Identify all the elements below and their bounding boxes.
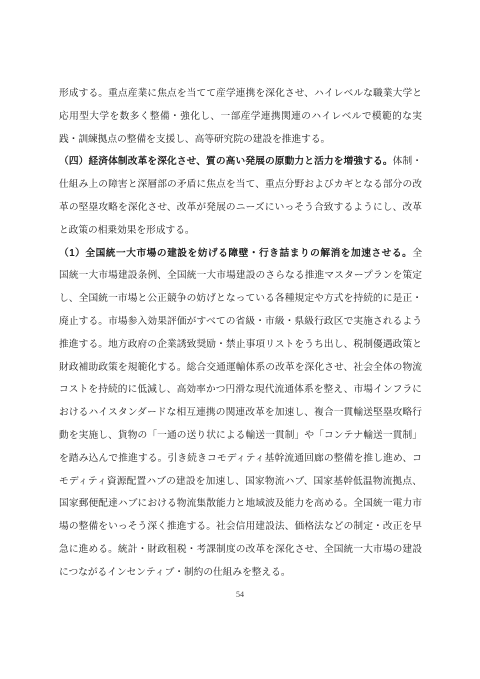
text-line: し、全国統一市場と公正競争の妨げとなっている各種規定や方式を持続的に是正・ [59,288,422,311]
body-text-segment: 推進する。地方政府の企業誘致奨励・禁止事項リストをうち出し、税制優遇政策と [59,339,422,350]
body-text-segment: し、全国統一市場と公正競争の妨げとなっている各種規定や方式を持続的に是正・ [59,293,422,304]
body-text-segment: 財政補助政策を規範化する。総合交通運輸体系の改革を深化させ、社会全体の物流 [59,362,422,373]
body-text-segment: 応用型大学を数多く整備・強化し、一部産学連携関連のハイレベルで模範的な実 [59,111,422,122]
body-text-segment: につながるインセンティブ・制約の仕組みを整える。 [59,567,291,578]
body-text-segment: コストを持続的に低減し、高効率かつ円滑な現代流通体系を整え、市場インフラに [59,384,422,395]
text-line: 国統一大市場建設条例、全国統一大市場建設のさらなる推進マスタープランを策定 [59,265,422,288]
body-text-segment: 国家郵便配達ハブにおける物流集散能力と地域波及能力を高める。全国統一電力市 [59,498,422,509]
text-line: 動を実施し、貨物の「一通の送り状による輸送一貫制」や「コンテナ輸送一貫制」 [59,425,422,448]
body-text-segment: 廃止する。市場参入効果評価がすべての省級・市級・県級行政区で実施されるよう [59,316,422,327]
text-line: （四）経済体制改革を深化させ、質の高い発展の原動力と活力を増強する。体制・ [59,151,422,174]
body-text-segment: 形成する。重点産業に焦点を当てて産学連携を深化させ、ハイレベルな職業大学と [59,88,422,99]
body-text-segment: を踏み込んで推進する。引き続きコモディティ基幹流通回廊の整備を推し進め、コ [59,453,422,464]
body-text-segment: 革の堅塁攻略を深化させ、改革が発展のニーズにいっそう合致するようにし、改革 [59,202,422,213]
text-line: おけるハイスタンダードな相互連携の関連改革を加速し、複合一貫輸送堅塁攻略行 [59,402,422,425]
body-text-segment: 国統一大市場建設条例、全国統一大市場建設のさらなる推進マスタープランを策定 [59,270,422,281]
body-text-segment: 全 [412,248,422,259]
text-line: 急に進める。統計・財政租税・考課制度の改革を深化させ、全国統一大市場の建設 [59,539,422,562]
document-page: 形成する。重点産業に焦点を当てて産学連携を深化させ、ハイレベルな職業大学と応用型… [0,0,480,679]
text-line: 廃止する。市場参入効果評価がすべての省級・市級・県級行政区で実施されるよう [59,311,422,334]
body-text-segment: 体制・ [393,156,422,167]
body-text-segment: 動を実施し、貨物の「一通の送り状による輸送一貫制」や「コンテナ輸送一貫制」 [59,430,422,441]
bold-heading-segment: （1）全国統一大市場の建設を妨げる障壁・行き詰まりの解消を加速させる。 [59,248,412,259]
text-line: 革の堅塁攻略を深化させ、改革が発展のニーズにいっそう合致するようにし、改革 [59,197,422,220]
page-number: 54 [0,590,480,599]
body-text-segment: 践・訓練拠点の整備を支援し、高等研究院の建設を推進する。 [59,134,330,145]
text-line: 国家郵便配達ハブにおける物流集散能力と地域波及能力を高める。全国統一電力市 [59,493,422,516]
text-line: と政策の相乗効果を形成する。 [59,220,422,243]
bold-heading-segment: （四）経済体制改革を深化させ、質の高い発展の原動力と活力を増強する。 [59,156,393,167]
text-line: 践・訓練拠点の整備を支援し、高等研究院の建設を推進する。 [59,129,422,152]
body-text-segment: モディティ資源配置ハブの建設を加速し、国家物流ハブ、国家基幹低温物流拠点、 [59,476,422,487]
body-text-segment: 急に進める。統計・財政租税・考課制度の改革を深化させ、全国統一大市場の建設 [59,544,422,555]
text-line: 場の整備をいっそう深く推進する。社会信用建設法、価格法などの制定・改正を早 [59,516,422,539]
text-line: 財政補助政策を規範化する。総合交通運輸体系の改革を深化させ、社会全体の物流 [59,357,422,380]
text-line: を踏み込んで推進する。引き続きコモディティ基幹流通回廊の整備を推し進め、コ [59,448,422,471]
text-line: 形成する。重点産業に焦点を当てて産学連携を深化させ、ハイレベルな職業大学と [59,83,422,106]
text-line: （1）全国統一大市場の建設を妨げる障壁・行き詰まりの解消を加速させる。全 [59,243,422,266]
text-line: につながるインセンティブ・制約の仕組みを整える。 [59,562,422,585]
text-line: モディティ資源配置ハブの建設を加速し、国家物流ハブ、国家基幹低温物流拠点、 [59,471,422,494]
text-line: 応用型大学を数多く整備・強化し、一部産学連携関連のハイレベルで模範的な実 [59,106,422,129]
body-text-segment: おけるハイスタンダードな相互連携の関連改革を加速し、複合一貫輸送堅塁攻略行 [59,407,422,418]
text-block: 形成する。重点産業に焦点を当てて産学連携を深化させ、ハイレベルな職業大学と応用型… [59,83,422,585]
body-text-segment: 場の整備をいっそう深く推進する。社会信用建設法、価格法などの制定・改正を早 [59,521,422,532]
body-text-segment: 仕組み上の障害と深層部の矛盾に焦点を当て、重点分野およびカギとなる部分の改 [59,179,422,190]
body-text-segment: と政策の相乗効果を形成する。 [59,225,195,236]
text-line: 仕組み上の障害と深層部の矛盾に焦点を当て、重点分野およびカギとなる部分の改 [59,174,422,197]
text-line: 推進する。地方政府の企業誘致奨励・禁止事項リストをうち出し、税制優遇政策と [59,334,422,357]
text-line: コストを持続的に低減し、高効率かつ円滑な現代流通体系を整え、市場インフラに [59,379,422,402]
